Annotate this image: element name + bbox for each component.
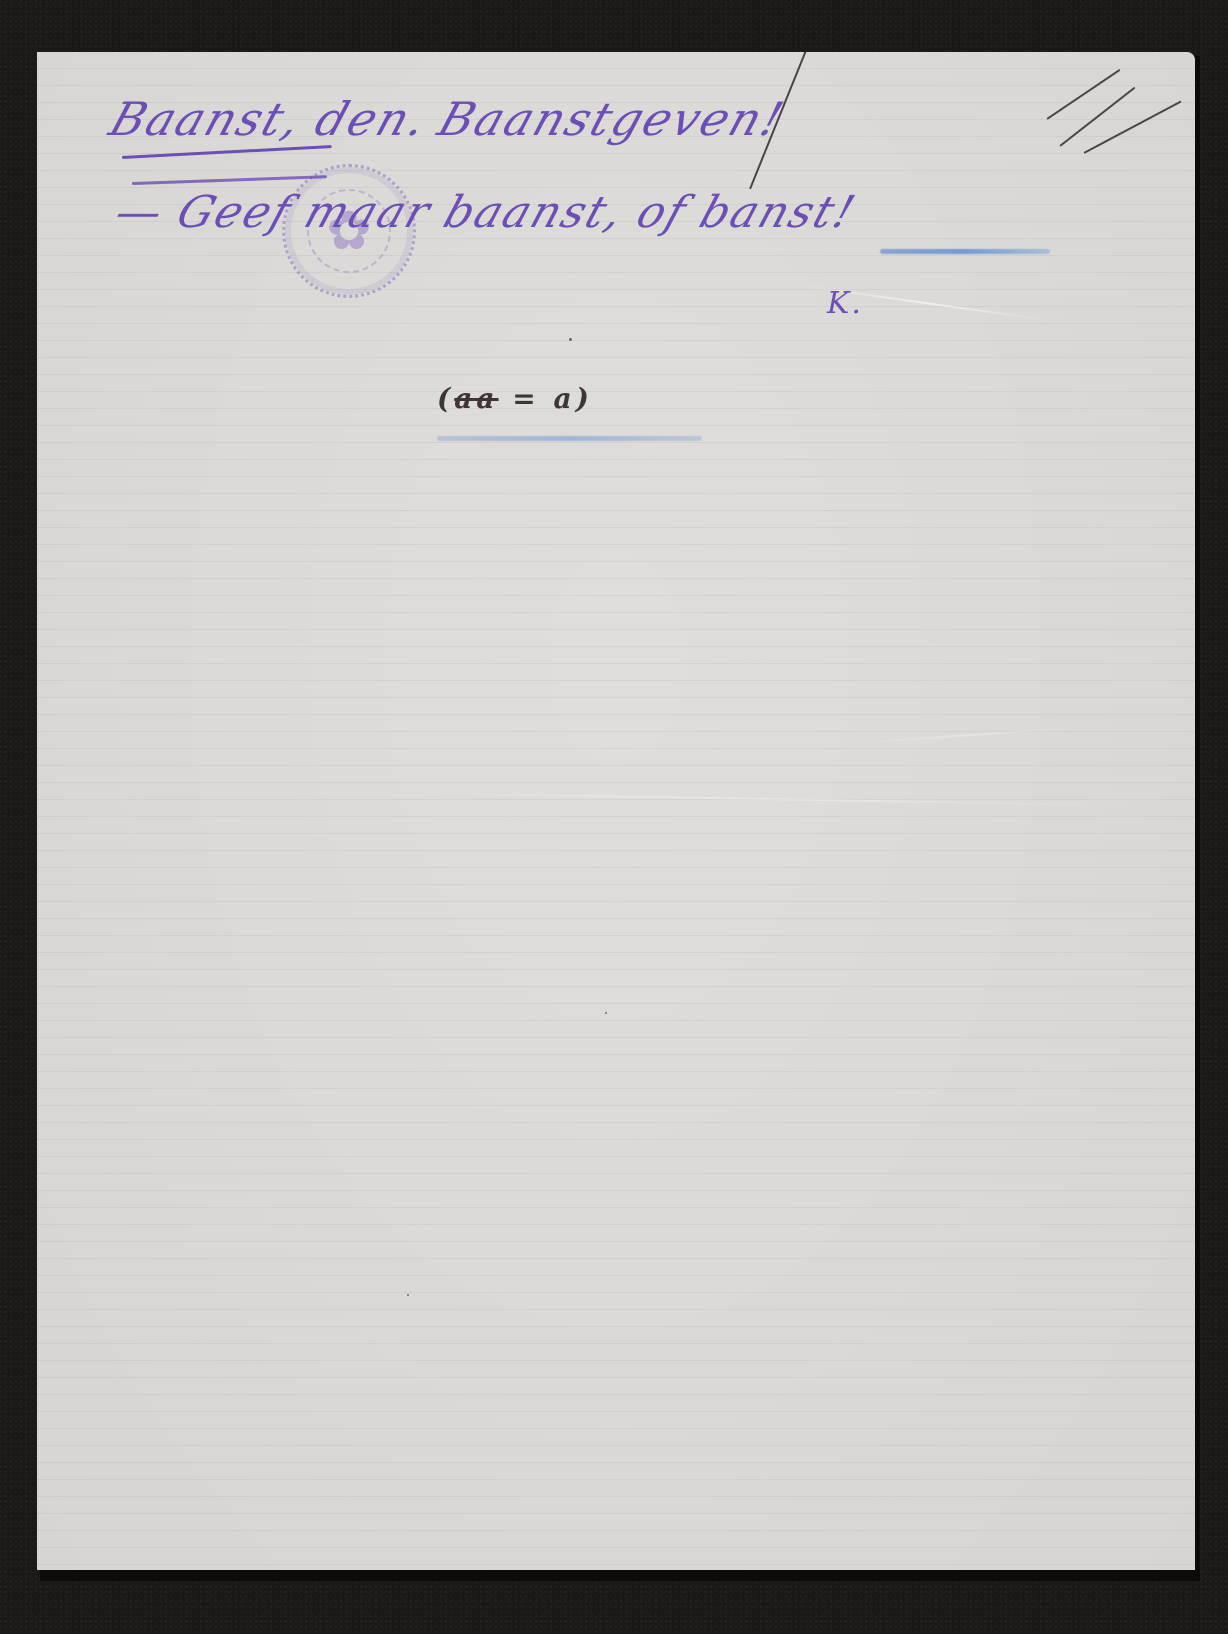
- heading-line: Baanst, den.Baanstgeven!: [103, 92, 791, 146]
- example-sentence: — Geef maar baanst, of banst!: [109, 187, 863, 238]
- paper-speck: [605, 1012, 607, 1014]
- pencil-margin-mark: [1046, 69, 1120, 120]
- blue-pencil-underline: [880, 249, 1050, 254]
- headword-underline: [132, 175, 327, 185]
- author-initial: K.: [827, 286, 863, 321]
- formula-struck-text: aa: [454, 382, 498, 415]
- paper-speck: [407, 1294, 409, 1296]
- headword-underline: [122, 145, 332, 159]
- formula-open: (: [437, 382, 454, 415]
- pencil-margin-mark: [1084, 100, 1182, 153]
- pencil-note: (aa = a): [437, 382, 593, 415]
- paper-crease: [857, 727, 1077, 744]
- pencil-margin-mark: [1059, 87, 1135, 147]
- paper-crease: [417, 792, 1137, 807]
- paper-speck: [569, 338, 572, 341]
- formula-rest: = a): [499, 382, 593, 415]
- headword-phrase: Baanst: [432, 92, 622, 146]
- paper-sheet: ✿ Baanst, den.Baanstgeven! — Geef maar b…: [37, 52, 1195, 1570]
- blue-pencil-underline: [437, 436, 702, 441]
- headword: Baanst, den.: [103, 92, 435, 146]
- headword-phrase-end: geven!: [604, 92, 792, 146]
